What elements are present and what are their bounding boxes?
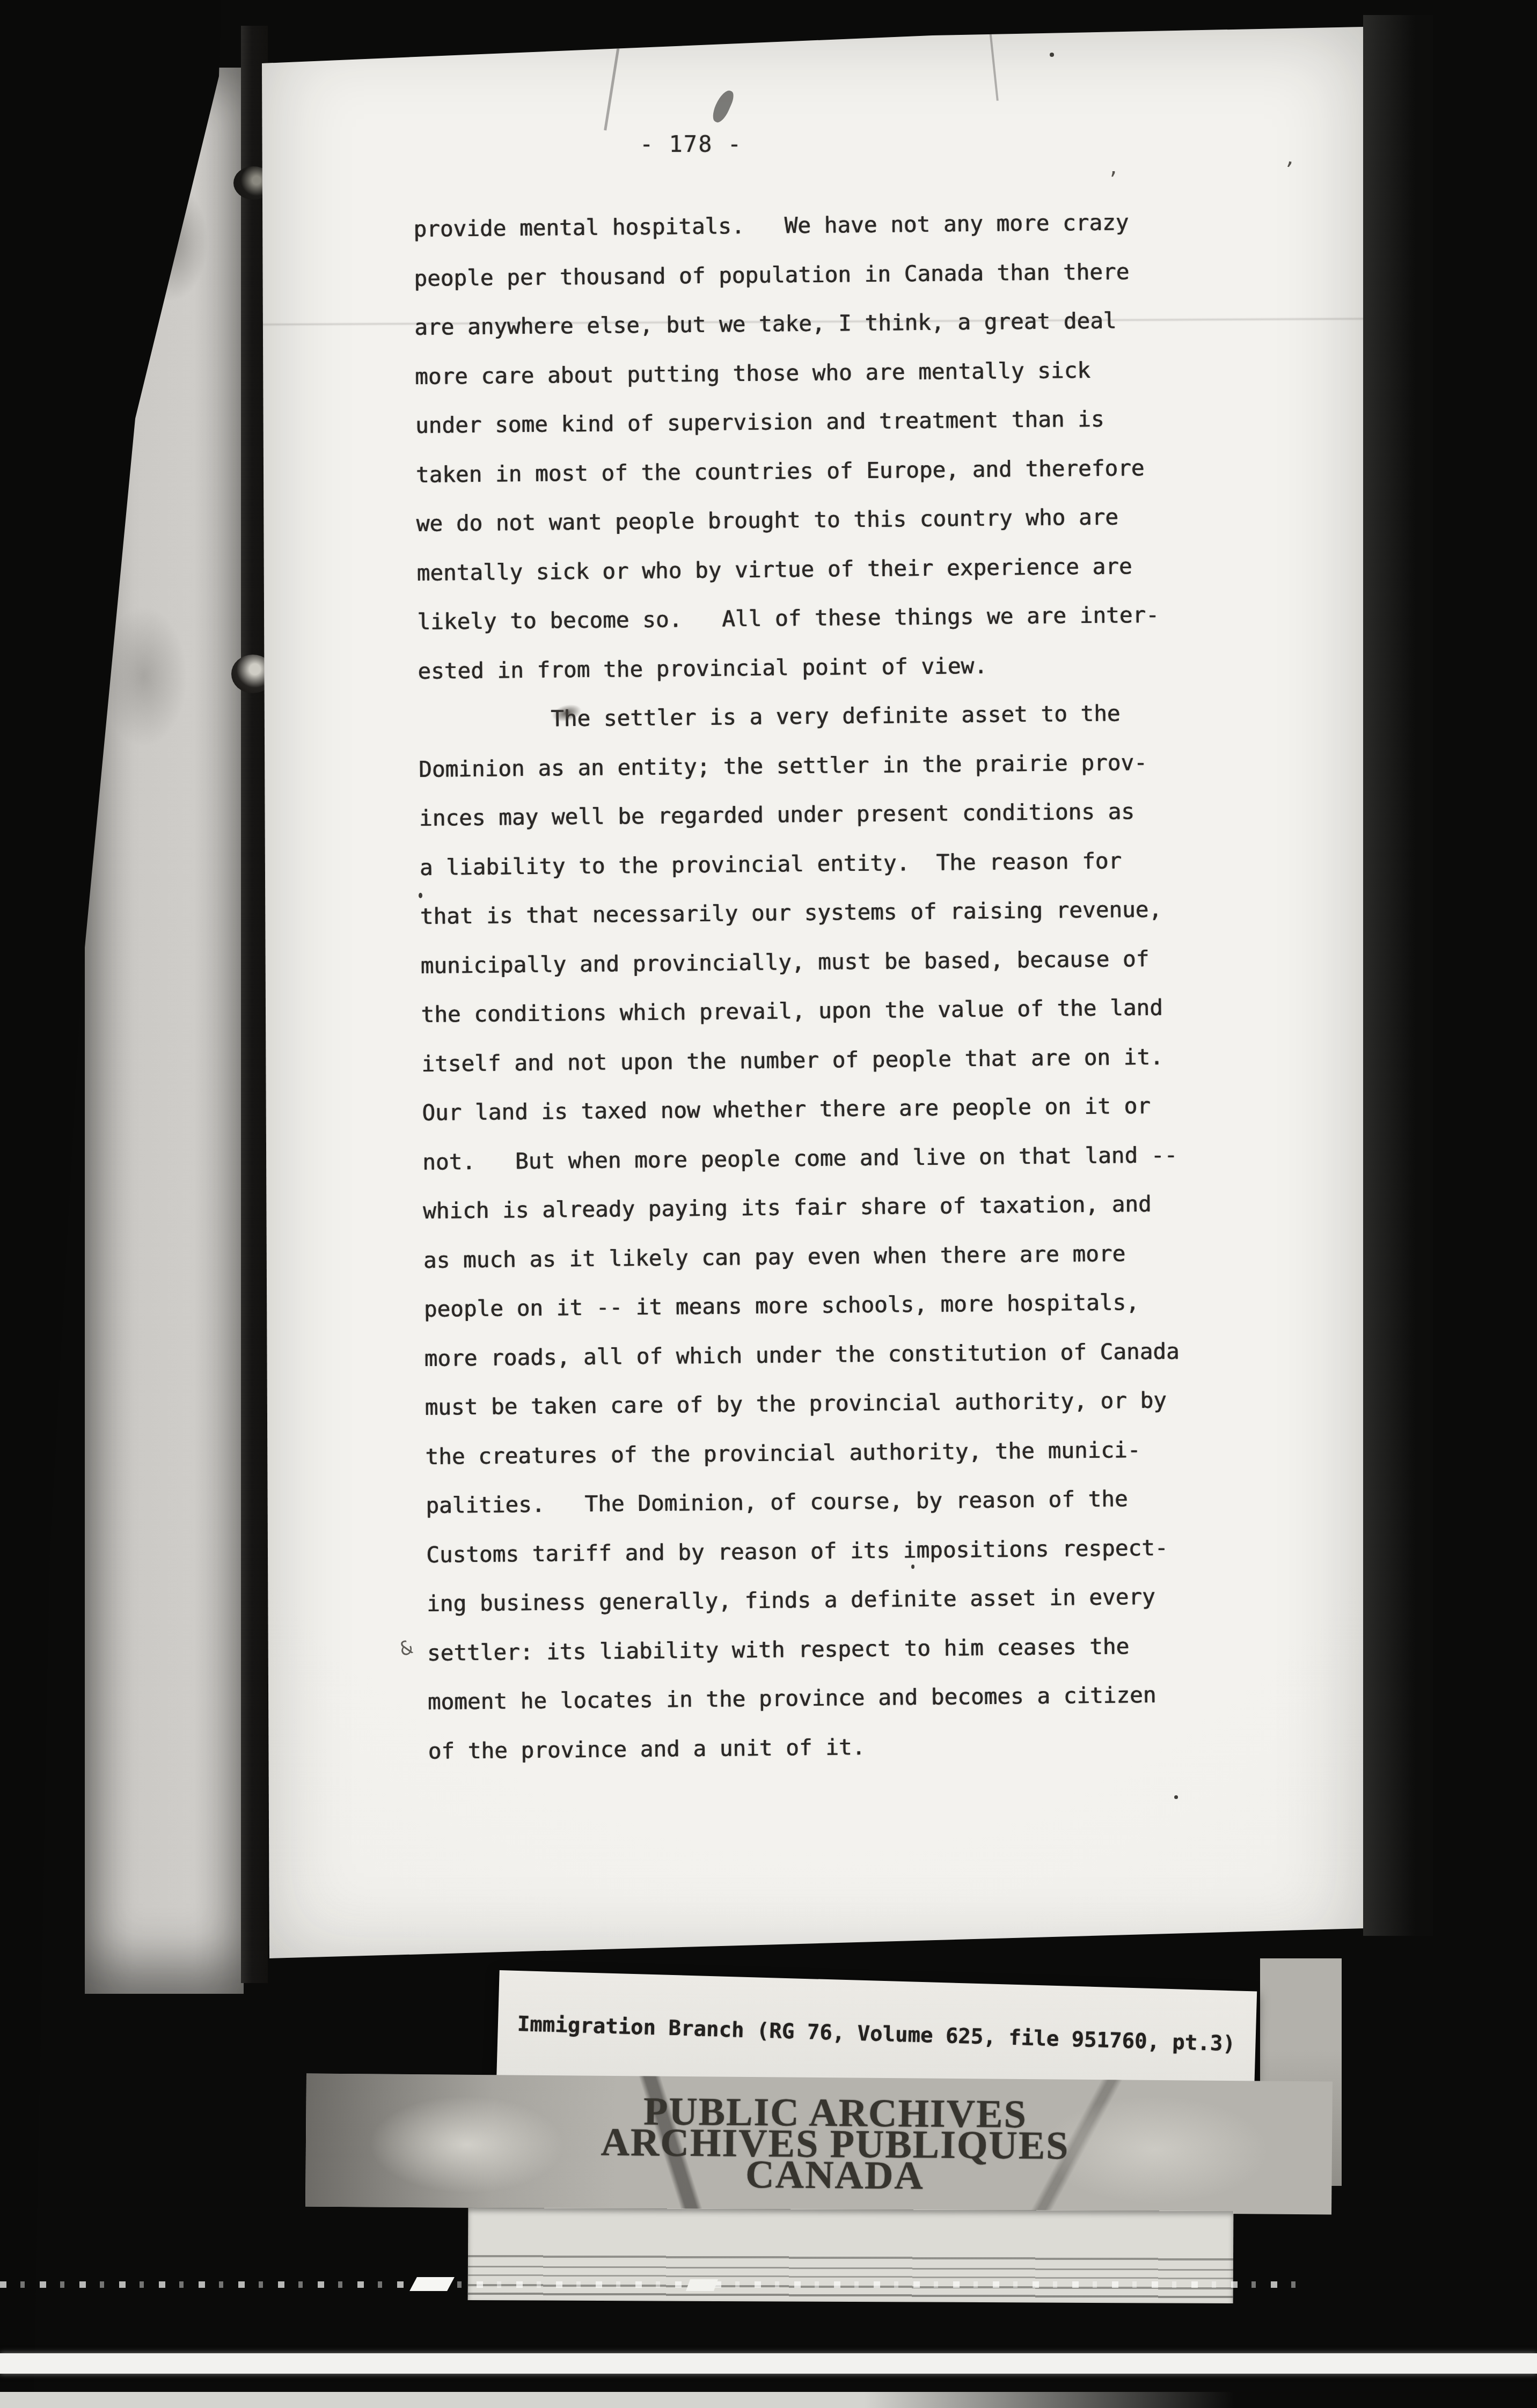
- film-scratch: [604, 30, 623, 130]
- typed-line: more care about putting those who are me…: [415, 343, 1326, 401]
- typed-line: palities. The Dominion, of course, by re…: [426, 1473, 1336, 1531]
- typed-line: taken in most of the countries of Europe…: [415, 442, 1326, 500]
- film-speckle: [409, 2277, 455, 2291]
- typed-line: which is already paying its fair share o…: [423, 1178, 1334, 1236]
- typed-line: under some kind of supervision and treat…: [415, 393, 1326, 451]
- typed-line: moment he locates in the province and be…: [427, 1669, 1338, 1727]
- film-scratch: [709, 87, 736, 124]
- typed-line: Customs tariff and by reason of its impo…: [426, 1522, 1337, 1580]
- typed-line: a liability to the provincial entity. Th…: [419, 834, 1330, 892]
- typed-line: more roads, all of which under the const…: [424, 1325, 1335, 1383]
- typed-line: not. But when more people come and live …: [422, 1129, 1333, 1187]
- film-speckle-line: [0, 2281, 1304, 2288]
- typed-line: of the province and a unit of it.: [428, 1718, 1338, 1776]
- margin-mark: &: [397, 1636, 415, 1661]
- typed-line: ing business generally, finds a definite…: [427, 1571, 1337, 1629]
- typed-line: we do not want people brought to this co…: [416, 491, 1327, 549]
- film-frame-gap-band: [0, 2353, 1537, 2374]
- typed-line: are anywhere else, but we take, I think,…: [414, 295, 1325, 353]
- typed-line: inces may well be regarded under present…: [419, 785, 1330, 843]
- film-edge-shade: [1363, 15, 1433, 1936]
- stray-mark: ’: [1281, 158, 1296, 182]
- typed-line: mentally sick or who by virtue of their …: [416, 540, 1327, 598]
- film-speckle: [686, 2279, 718, 2291]
- typed-line: likely to become so. All of these things…: [417, 589, 1328, 647]
- archive-reference-text: Immigration Branch (RG 76, Volume 625, f…: [497, 2011, 1235, 2056]
- document-page: - 178 - provide mental hospitals. We hav…: [262, 25, 1366, 1967]
- typed-line: municipally and provincially, must be ba…: [420, 933, 1331, 990]
- typed-line: people on it -- it means more schools, m…: [423, 1276, 1334, 1334]
- archives-stamp-strip: PUBLIC ARCHIVES ARCHIVES PUBLIQUES CANAD…: [305, 2073, 1333, 2214]
- microfilm-frame: - 178 - provide mental hospitals. We hav…: [0, 0, 1537, 2408]
- dust-speck: [419, 893, 422, 898]
- typed-line: the conditions which prevail, upon the v…: [421, 982, 1331, 1040]
- typed-line: settler: its liability with respect to h…: [427, 1620, 1337, 1678]
- typed-line: people per thousand of population in Can…: [414, 245, 1324, 303]
- typed-line: must be taken care of by the provincial …: [424, 1375, 1335, 1433]
- page-number: - 178 -: [640, 131, 742, 157]
- typed-line: that is that necessarily our systems of …: [420, 884, 1330, 942]
- dust-speck: [1174, 1795, 1178, 1799]
- typed-line: the creatures of the provincial authorit…: [425, 1423, 1336, 1481]
- dust-speck: [1050, 53, 1054, 57]
- typescript-text: provide mental hospitals. We have not an…: [413, 196, 1338, 1776]
- typed-line: provide mental hospitals. We have not an…: [413, 196, 1324, 254]
- ruled-paper-strip: [468, 2208, 1234, 2303]
- typed-line: as much as it likely can pay even when t…: [423, 1227, 1334, 1285]
- typed-line: Our land is taxed now whether there are …: [422, 1080, 1333, 1138]
- archives-stamp-text: PUBLIC ARCHIVES ARCHIVES PUBLIQUES CANAD…: [321, 2094, 1333, 2195]
- typed-line: Dominion as an entity; the settler in th…: [419, 736, 1329, 794]
- typed-line: itself and not upon the number of people…: [421, 1031, 1332, 1089]
- film-frame-bottom-band: [0, 2392, 1234, 2408]
- stray-mark: ’: [1107, 168, 1119, 190]
- typed-line: ested in from the provincial point of vi…: [418, 638, 1328, 696]
- film-scratch: [989, 31, 999, 101]
- dust-speck: [911, 1565, 914, 1569]
